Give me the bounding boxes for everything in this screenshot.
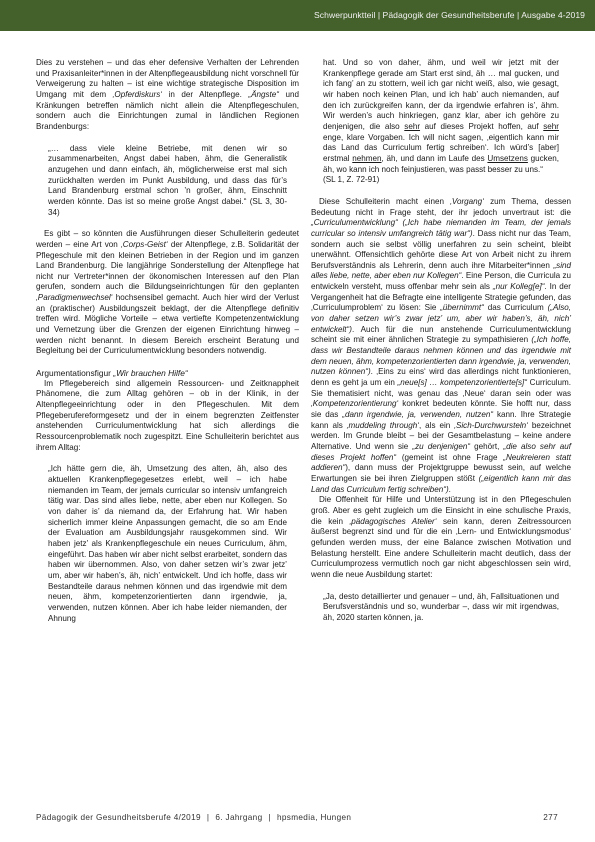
paragraph: Es gibt – so könnten die Ausführungen di… [36, 229, 299, 357]
paragraph: Die Offenheit für Hilfe und Unterstützun… [311, 495, 571, 580]
paragraph: Dies zu verstehen – und das eher defensi… [36, 58, 299, 133]
right-column: hat. Und so von daher, ähm, und weil wir… [311, 58, 571, 634]
block-quote: „Ja, desto detaillierter und genauer – u… [323, 592, 559, 624]
footer-separator: | [207, 813, 209, 822]
left-column: Dies zu verstehen – und das eher defensi… [36, 58, 299, 635]
section-heading: Argumentationsfigur „Wir brauchen Hilfe“ [36, 368, 299, 379]
footer-volume: 6. Jahrgang [215, 813, 262, 822]
paragraph: Im Pflegebereich sind allgemein Ressourc… [36, 379, 299, 454]
footer: Pädagogik der Gesundheitsberufe 4/2019|6… [36, 813, 351, 822]
paragraph: Diese Schulleiterin macht einen ‚Vorgang… [311, 197, 571, 495]
header-band: Schwerpunktteil | Pädagogik der Gesundhe… [0, 0, 595, 31]
page-number: 277 [543, 813, 558, 822]
block-quote: „… dass viele kleine Betriebe, mit denen… [48, 144, 287, 219]
running-header: Schwerpunktteil | Pädagogik der Gesundhe… [314, 10, 585, 20]
footer-journal: Pädagogik der Gesundheitsberufe 4/2019 [36, 813, 201, 822]
footer-separator: | [268, 813, 270, 822]
footer-publisher: hpsmedia, Hungen [277, 813, 351, 822]
quote-reference: (SL 1, Z. 72-91) [323, 175, 559, 186]
block-quote-continued: hat. Und so von daher, ähm, und weil wir… [323, 58, 559, 186]
block-quote: „Ich hätte gern die, äh, Umsetzung des a… [48, 464, 287, 624]
